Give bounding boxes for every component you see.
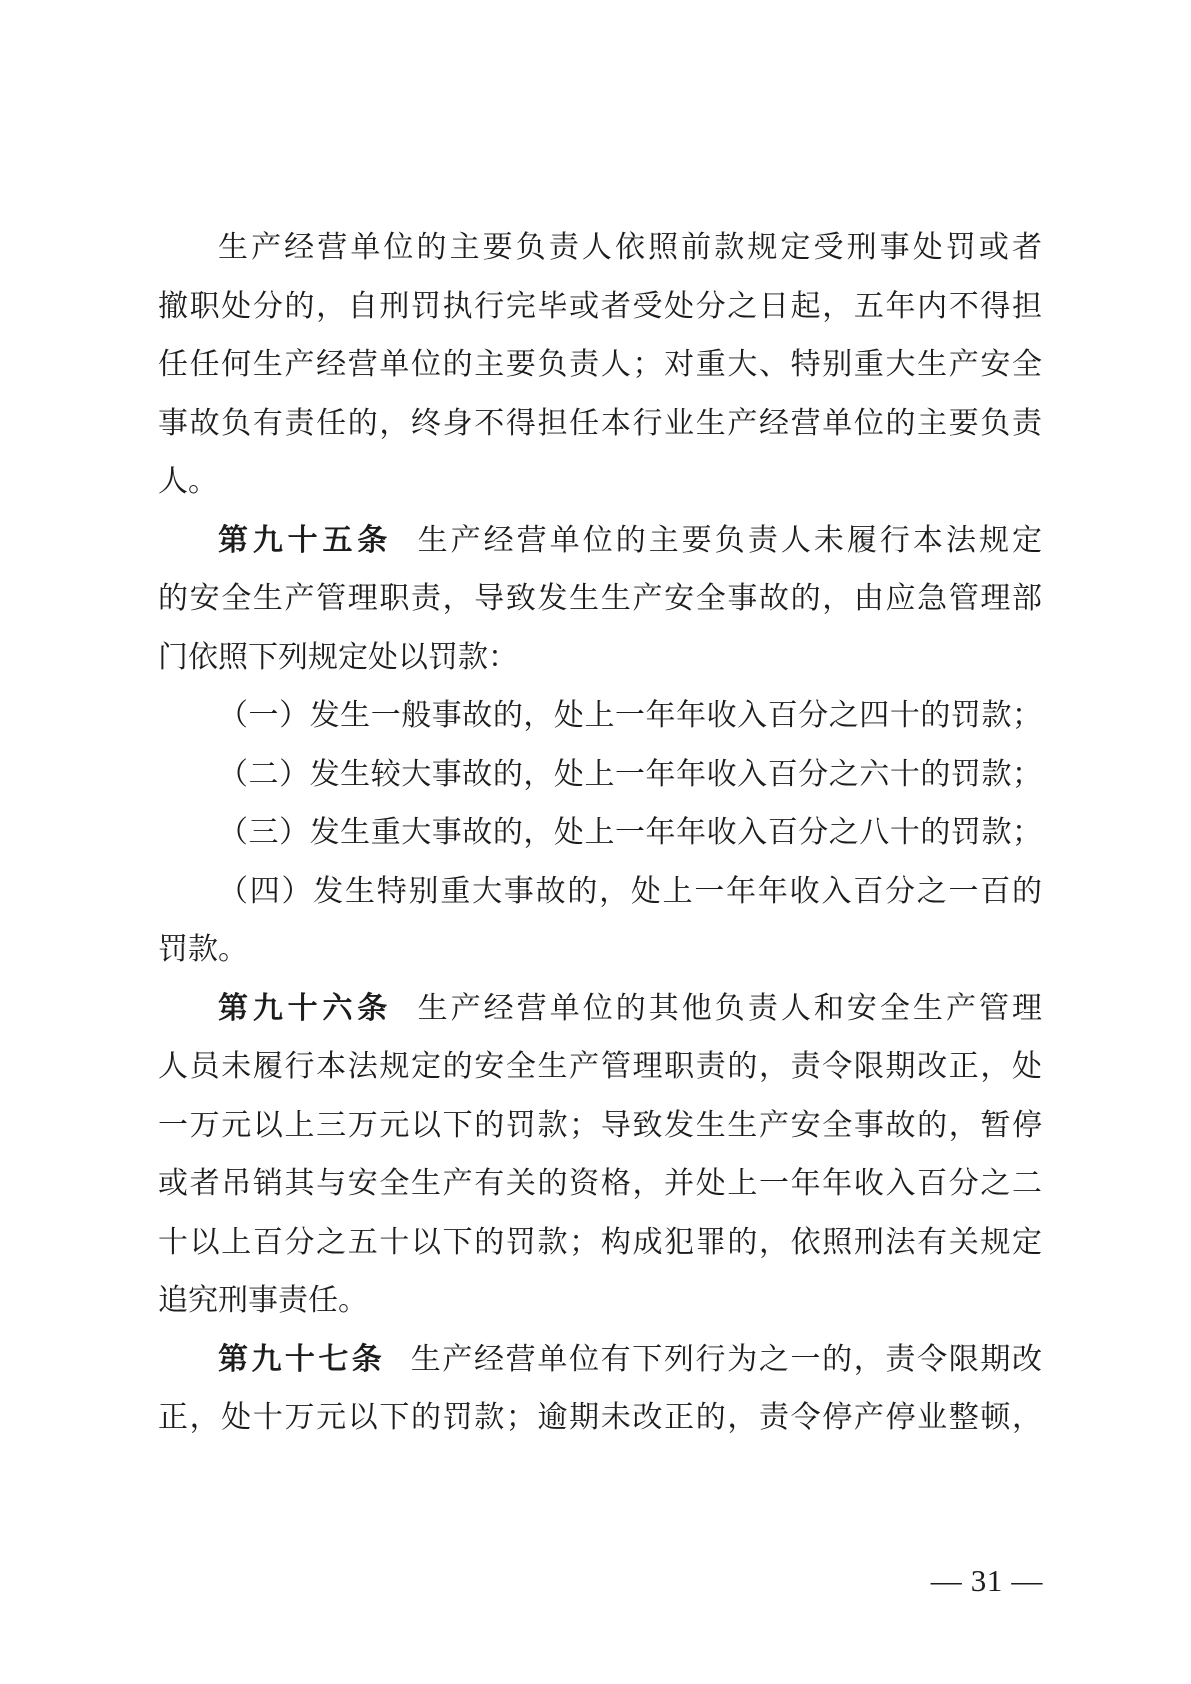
- text-line: 门依照下列规定处以罚款：: [158, 629, 1042, 688]
- text-line: 一万元以上三万元以下的罚款；导致发生生产安全事故的，暂停: [158, 1097, 1042, 1156]
- text-line: 十以上百分之五十以下的罚款；构成犯罪的，依照刑法有关规定: [158, 1214, 1042, 1273]
- text-line: 正，处十万元以下的罚款；逾期未改正的，责令停产停业整顿，: [158, 1389, 1042, 1448]
- text-line: 的安全生产管理职责，导致发生生产安全事故的，由应急管理部: [158, 570, 1042, 629]
- text-line: 或者吊销其与安全生产有关的资格，并处上一年年收入百分之二: [158, 1155, 1042, 1214]
- article-96-opening-line: 第九十六条生产经营单位的其他负责人和安全生产管理: [158, 980, 1042, 1039]
- article-96-text: 生产经营单位的其他负责人和安全生产管理: [418, 992, 1042, 1025]
- text-line: 人员未履行本法规定的安全生产管理职责的，责令限期改正，处: [158, 1038, 1042, 1097]
- list-item-1: （一）发生一般事故的，处上一年年收入百分之四十的罚款；: [158, 687, 1042, 746]
- article-95-number: 第九十五条: [218, 524, 392, 557]
- text-line: 人。: [158, 453, 1042, 512]
- text-line: 追究刑事责任。: [158, 1272, 1042, 1331]
- list-item-3: （三）发生重大事故的，处上一年年收入百分之八十的罚款；: [158, 804, 1042, 863]
- list-item-4: （四）发生特别重大事故的，处上一年年收入百分之一百的: [158, 863, 1042, 922]
- page-footer: — 31 —: [931, 1561, 1043, 1601]
- article-96-number: 第九十六条: [218, 992, 392, 1025]
- document-page: 生产经营单位的主要负责人依照前款规定受刑事处罚或者 撤职处分的，自刑罚执行完毕或…: [0, 0, 1191, 1684]
- article-97-number: 第九十七条: [218, 1343, 385, 1376]
- text-line: 事故负有责任的，终身不得担任本行业生产经营单位的主要负责: [158, 395, 1042, 454]
- text-line: 任任何生产经营单位的主要负责人；对重大、特别重大生产安全: [158, 336, 1042, 395]
- text-block: 生产经营单位的主要负责人依照前款规定受刑事处罚或者 撤职处分的，自刑罚执行完毕或…: [158, 219, 1042, 1448]
- article-95-text: 生产经营单位的主要负责人未履行本法规定: [418, 524, 1042, 557]
- list-item-4-continued: 罚款。: [158, 921, 1042, 980]
- article-95-opening-line: 第九十五条生产经营单位的主要负责人未履行本法规定: [158, 512, 1042, 571]
- article-97-text: 生产经营单位有下列行为之一的，责令限期改: [411, 1343, 1042, 1376]
- article-97-opening-line: 第九十七条生产经营单位有下列行为之一的，责令限期改: [158, 1331, 1042, 1390]
- text-line: 生产经营单位的主要负责人依照前款规定受刑事处罚或者: [158, 219, 1042, 278]
- page-number: — 31 —: [931, 1563, 1043, 1598]
- text-line: 撤职处分的，自刑罚执行完毕或者受处分之日起，五年内不得担: [158, 278, 1042, 337]
- list-item-2: （二）发生较大事故的，处上一年年收入百分之六十的罚款；: [158, 746, 1042, 805]
